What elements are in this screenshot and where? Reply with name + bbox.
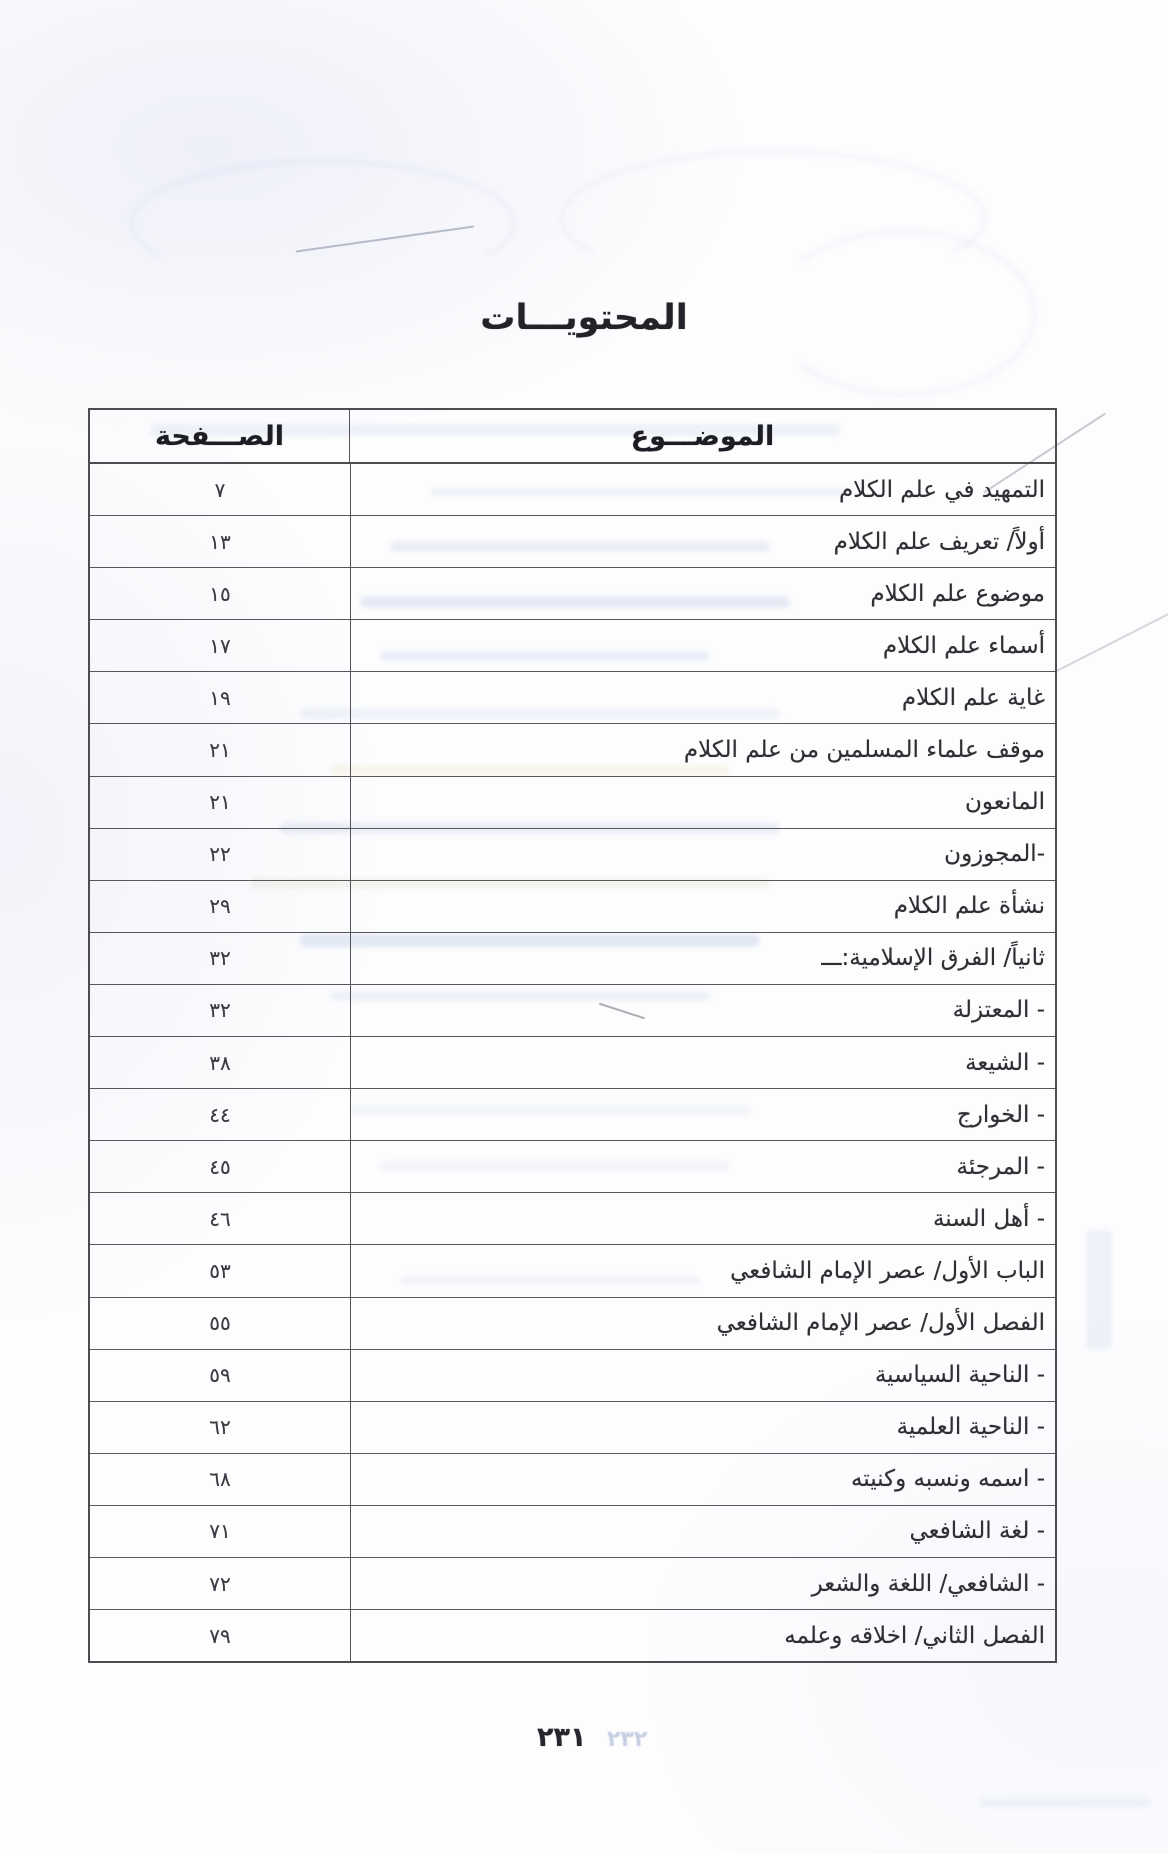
page-title: المحتويـــات (0, 298, 1168, 338)
contents-table: الموضـــوع الصـــفحة التمهيد في علم الكل… (88, 408, 1057, 1663)
page-number-cell: ٦٢ (90, 1402, 350, 1453)
table-row: موضوع علم الكلام١٥ (90, 567, 1055, 619)
topic-cell: - الشيعة (350, 1037, 1055, 1088)
page-number-cell: ٦٨ (90, 1454, 350, 1505)
bleed-through-streak (980, 1798, 1150, 1807)
topic-cell: أسماء علم الكلام (350, 620, 1055, 671)
table-row: أولاً/ تعريف علم الكلام١٣ (90, 515, 1055, 567)
table-row: - أهل السنة٤٦ (90, 1192, 1055, 1244)
topic-cell: - المعتزلة (350, 985, 1055, 1036)
table-row: - الشيعة٣٨ (90, 1036, 1055, 1088)
topic-cell: نشأة علم الكلام (350, 881, 1055, 932)
topic-cell: الباب الأول/ عصر الإمام الشافعي (350, 1245, 1055, 1296)
folio-page-number: ٢٣١ (537, 1722, 586, 1753)
topic-cell: -المجوزون (350, 829, 1055, 880)
topic-cell: موقف علماء المسلمين من علم الكلام (350, 724, 1055, 775)
page-column-header: الصـــفحة (90, 410, 349, 462)
folio-ghost-page-number: ٢٣٢ (607, 1727, 647, 1752)
page-number-cell: ٧٢ (90, 1558, 350, 1609)
table-row: الباب الأول/ عصر الإمام الشافعي٥٣ (90, 1244, 1055, 1296)
table-row: - الخوارج٤٤ (90, 1088, 1055, 1140)
table-row: التمهيد في علم الكلام٧ (90, 464, 1055, 515)
table-row: - لغة الشافعي٧١ (90, 1505, 1055, 1557)
page-number-cell: ٣٨ (90, 1037, 350, 1088)
table-row: أسماء علم الكلام١٧ (90, 619, 1055, 671)
topic-cell: - الخوارج (350, 1089, 1055, 1140)
scanned-toc-page: المحتويـــات الموضـــوع الصـــفحة التمهي… (0, 0, 1168, 1854)
page-number-cell: ٣٢ (90, 933, 350, 984)
page-number-cell: ٢٢ (90, 829, 350, 880)
scan-crease (1055, 609, 1168, 672)
page-number-cell: ٥٩ (90, 1350, 350, 1401)
table-row: موقف علماء المسلمين من علم الكلام٢١ (90, 723, 1055, 775)
table-row: - اسمه ونسبه وكنيته٦٨ (90, 1453, 1055, 1505)
page-number-cell: ١٥ (90, 568, 350, 619)
bleed-through-arc (130, 160, 516, 286)
table-row: ثانياً/ الفرق الإسلامية:ـــ٣٢ (90, 932, 1055, 984)
page-number-cell: ١٣ (90, 516, 350, 567)
page-number-cell: ٣٢ (90, 985, 350, 1036)
table-row: المانعون٢١ (90, 776, 1055, 828)
table-row: نشأة علم الكلام٢٩ (90, 880, 1055, 932)
topic-column-header: الموضـــوع (349, 410, 1055, 462)
topic-cell: التمهيد في علم الكلام (350, 464, 1055, 515)
topic-cell: - اسمه ونسبه وكنيته (350, 1454, 1055, 1505)
topic-cell: الفصل الأول/ عصر الإمام الشافعي (350, 1298, 1055, 1349)
bleed-through-streak (1086, 1230, 1112, 1350)
table-row: - الشافعي/ اللغة والشعر٧٢ (90, 1557, 1055, 1609)
table-row: الفصل الثاني/ اخلاقه وعلمه٧٩ (90, 1609, 1055, 1661)
table-body: التمهيد في علم الكلام٧أولاً/ تعريف علم ا… (90, 464, 1055, 1661)
page-number-cell: ٧٩ (90, 1610, 350, 1661)
table-header-row: الموضـــوع الصـــفحة (90, 410, 1055, 464)
topic-cell: - الناحية السياسية (350, 1350, 1055, 1401)
table-row: الفصل الأول/ عصر الإمام الشافعي٥٥ (90, 1297, 1055, 1349)
topic-cell: موضوع علم الكلام (350, 568, 1055, 619)
topic-cell: غاية علم الكلام (350, 672, 1055, 723)
page-number-cell: ٤٥ (90, 1141, 350, 1192)
topic-cell: - الشافعي/ اللغة والشعر (350, 1558, 1055, 1609)
page-number-cell: ١٩ (90, 672, 350, 723)
table-row: - الناحية السياسية٥٩ (90, 1349, 1055, 1401)
table-row: غاية علم الكلام١٩ (90, 671, 1055, 723)
topic-cell: - لغة الشافعي (350, 1506, 1055, 1557)
topic-cell: - المرجئة (350, 1141, 1055, 1192)
topic-cell: - أهل السنة (350, 1193, 1055, 1244)
table-row: - الناحية العلمية٦٢ (90, 1401, 1055, 1453)
page-number-cell: ٧١ (90, 1506, 350, 1557)
table-row: - المعتزلة٣٢ (90, 984, 1055, 1036)
topic-cell: الفصل الثاني/ اخلاقه وعلمه (350, 1610, 1055, 1661)
table-row: -المجوزون٢٢ (90, 828, 1055, 880)
page-number-cell: ٢١ (90, 777, 350, 828)
page-number-cell: ٥٥ (90, 1298, 350, 1349)
topic-cell: أولاً/ تعريف علم الكلام (350, 516, 1055, 567)
page-number-cell: ١٧ (90, 620, 350, 671)
topic-cell: ثانياً/ الفرق الإسلامية:ـــ (350, 933, 1055, 984)
page-number-cell: ٤٤ (90, 1089, 350, 1140)
page-number-cell: ٥٣ (90, 1245, 350, 1296)
scan-crease (296, 225, 474, 252)
page-number-cell: ٢٩ (90, 881, 350, 932)
page-number-cell: ٢١ (90, 724, 350, 775)
bleed-through-arc (560, 150, 986, 286)
page-number-cell: ٤٦ (90, 1193, 350, 1244)
page-number-cell: ٧ (90, 464, 350, 515)
table-row: - المرجئة٤٥ (90, 1140, 1055, 1192)
topic-cell: - الناحية العلمية (350, 1402, 1055, 1453)
topic-cell: المانعون (350, 777, 1055, 828)
